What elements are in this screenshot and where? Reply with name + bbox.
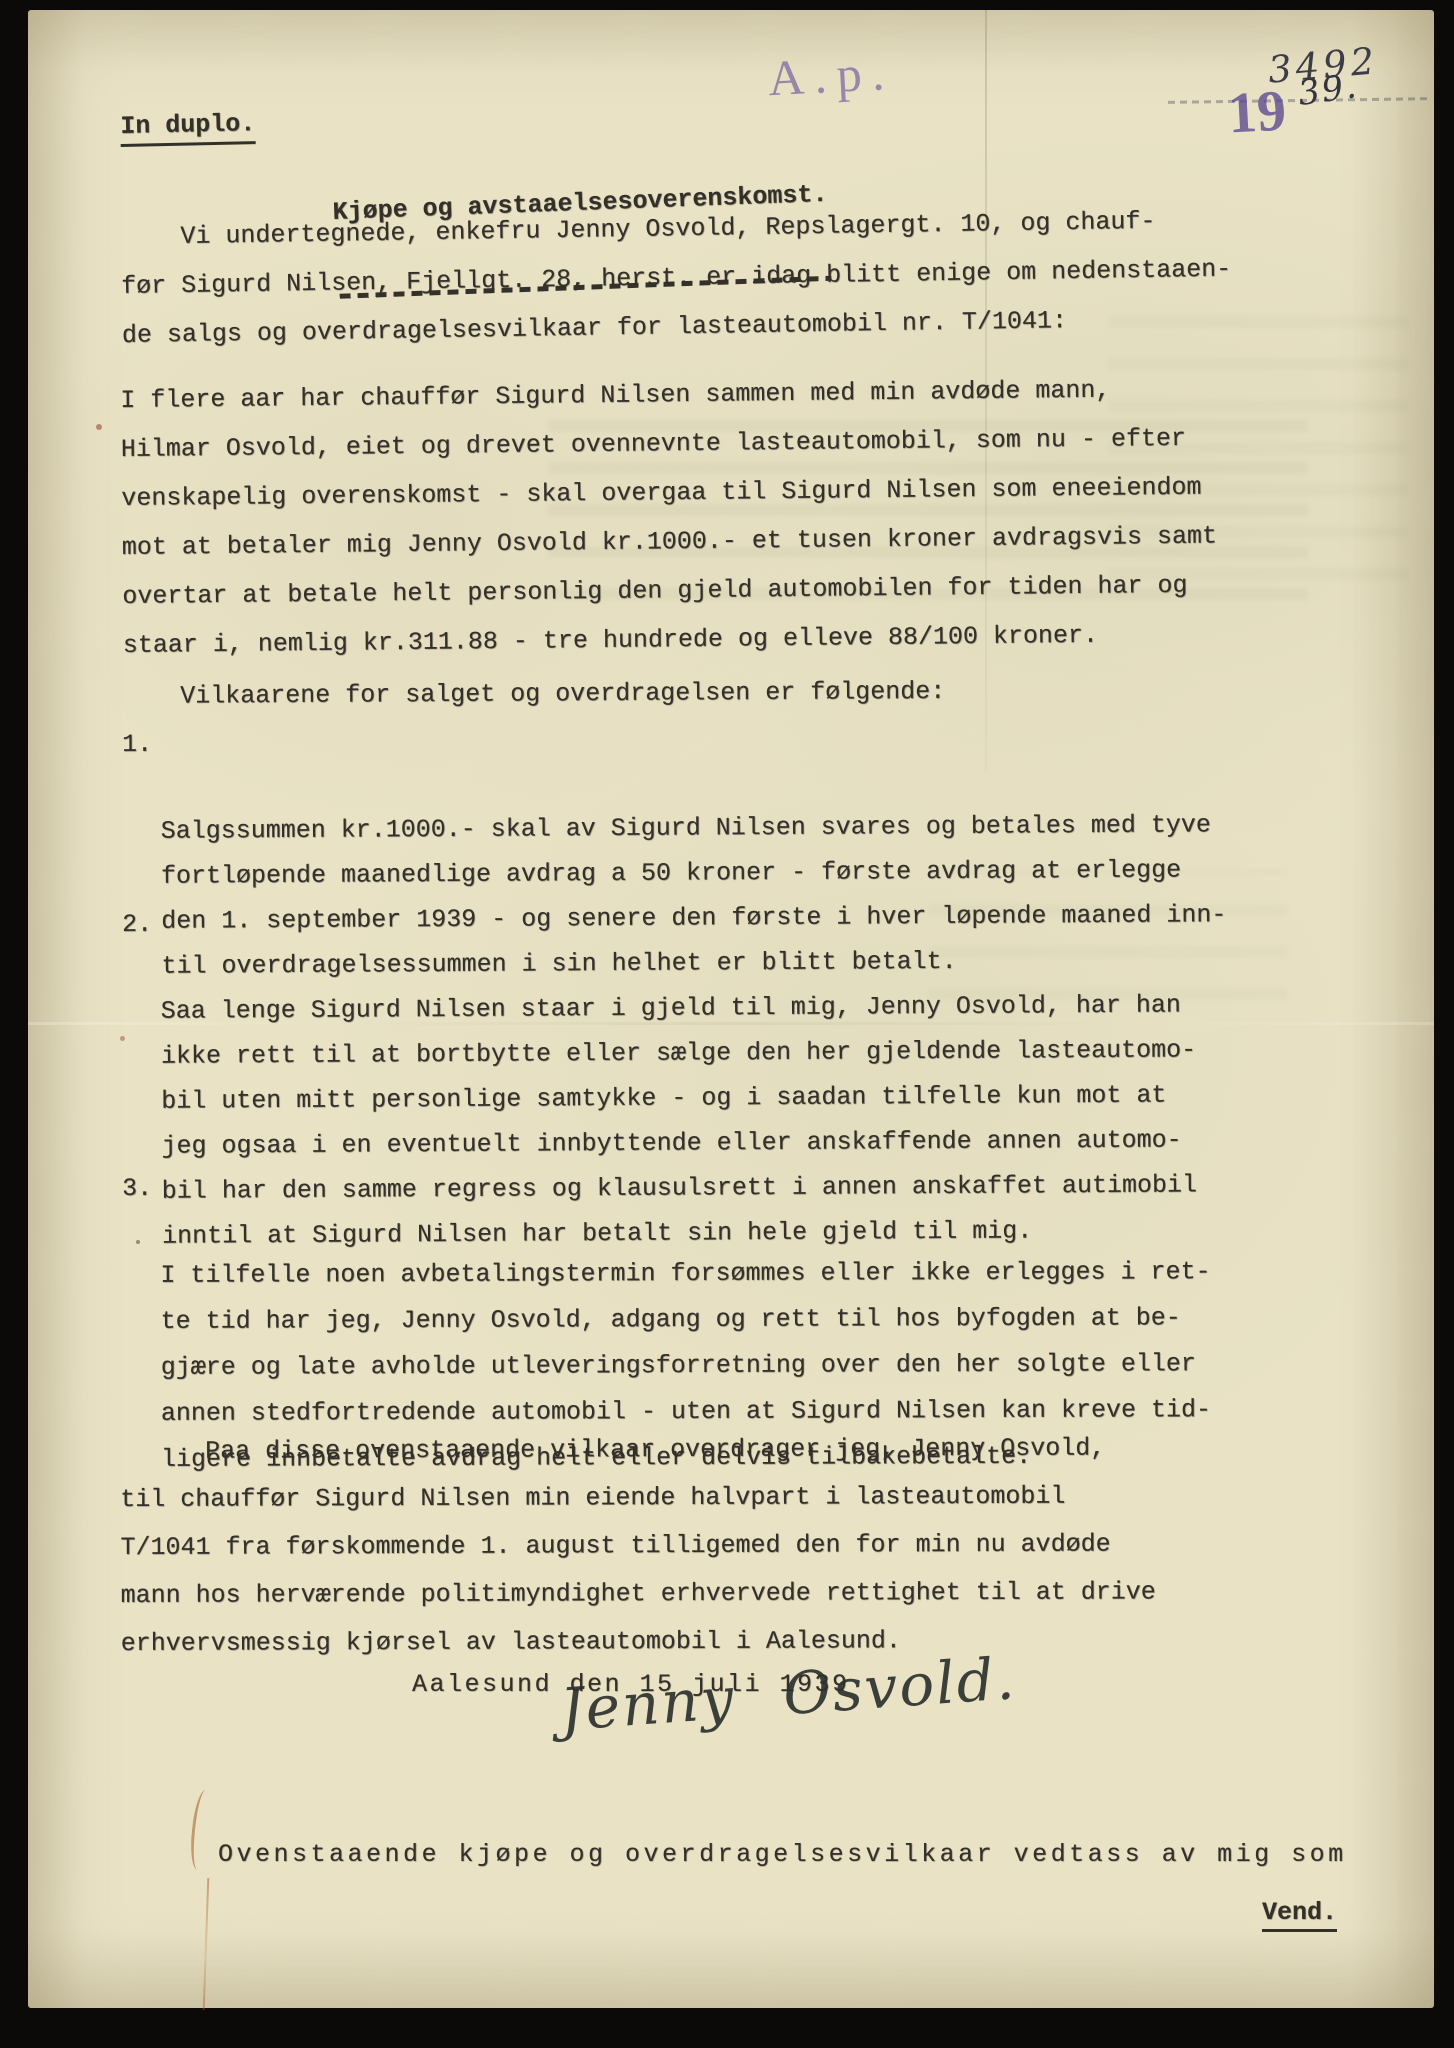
text-line: Paa disse ovenstaaende vilkaar overdrage… (120, 1424, 1155, 1476)
text-line: mann hos herværende politimyndighet erhv… (121, 1568, 1156, 1620)
text-line: fortløpende maanedlige avdrag a 50 krone… (161, 847, 1226, 899)
text-line: I tilfelle noen avbetalingstermin forsøm… (160, 1249, 1210, 1299)
list-number: 3. (122, 1166, 152, 1211)
acceptance-line: Ovenstaaende kjøpe og overdragelsesvilka… (218, 1840, 1347, 1869)
text-line: Salgssummen kr.1000.- skal av Sigurd Nil… (161, 802, 1226, 854)
paragraph-closing: Paa disse ovenstaaende vilkaar overdrage… (120, 1424, 1156, 1668)
turn-page-note: Vend. (1262, 1898, 1337, 1932)
paragraph-terms-intro: Vilkaarene for salget og overdragelsen e… (120, 667, 945, 721)
paragraph-intro: Vi undertegnede, enkefru Jenny Osvold, R… (120, 196, 1232, 360)
text-line: gjære og late avholde utleveringsforretn… (161, 1341, 1211, 1391)
text-line: Saa lenge Sigurd Nilsen staar i gjeld ti… (161, 982, 1196, 1033)
document-scan: In duplo. Kjøpe og avstaaelsesoverenskom… (0, 0, 1454, 2048)
year-handwritten: 39. (1296, 66, 1361, 114)
text-line: til chauffør Sigurd Nilsen min eiende ha… (120, 1472, 1155, 1524)
ap-stamp: A.p. (767, 43, 896, 108)
list-number: 2. (122, 902, 152, 947)
text-line: bil uten mitt personlige samtykke - og i… (161, 1072, 1196, 1123)
paragraph-background: I flere aar har chauffør Sigurd Nilsen s… (120, 365, 1218, 670)
list-number: 1. (122, 722, 152, 767)
corner-note: In duplo. (120, 109, 256, 147)
text-line: Vilkaarene for salget og overdragelsen e… (120, 667, 945, 721)
year-stamp: 19 (1226, 77, 1287, 147)
text-line: te tid har jeg, Jenny Osvold, adgang og … (160, 1295, 1210, 1345)
text-line: ikke rett til at bortbytte eller sælge d… (161, 1027, 1196, 1078)
text-line: T/1041 fra førskommende 1. august tillig… (120, 1520, 1155, 1572)
text-line: jeg ogsaa i en eventuelt innbyttende ell… (161, 1117, 1196, 1168)
paper-speck (96, 424, 102, 430)
